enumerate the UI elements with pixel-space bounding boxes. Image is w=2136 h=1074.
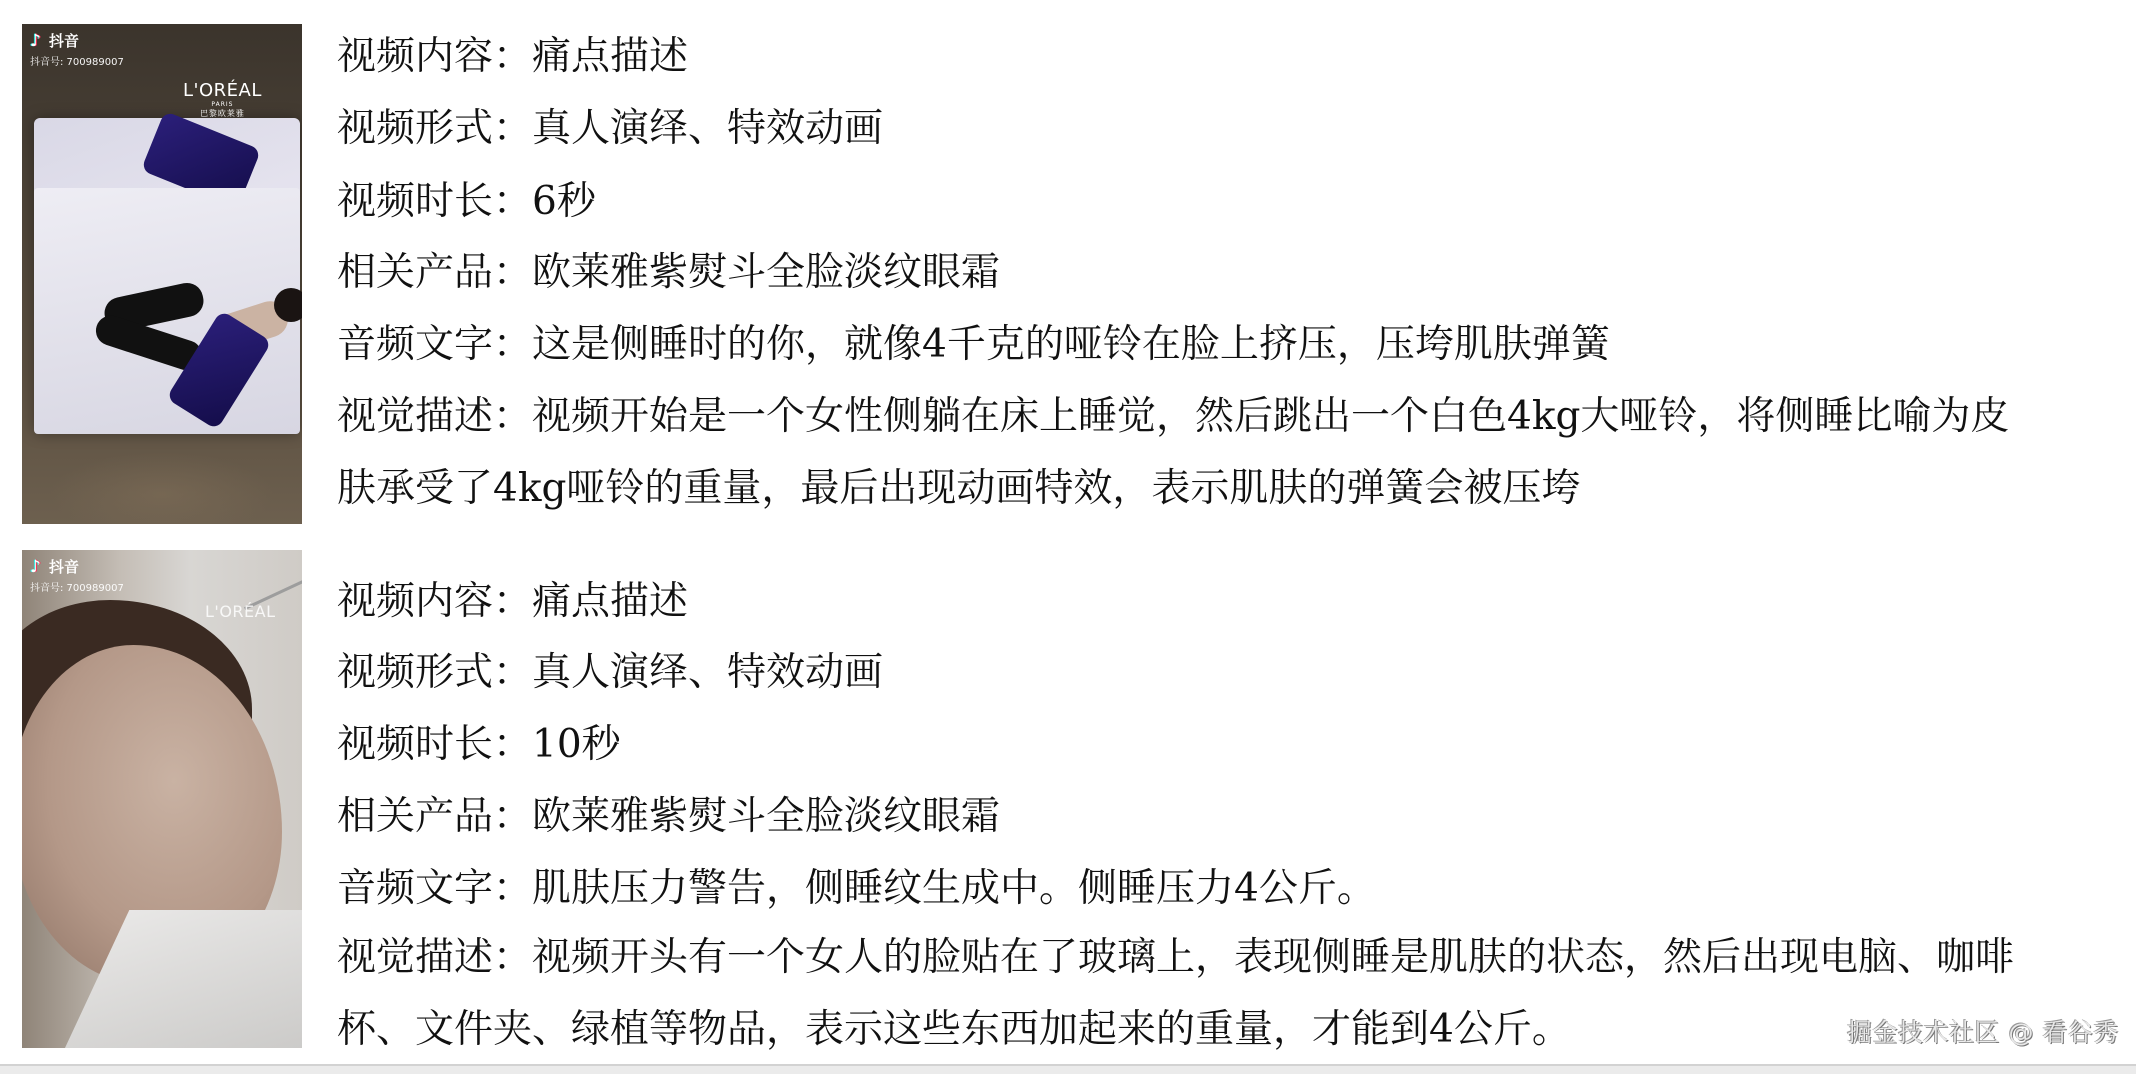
account-id: 抖音号: 700989007: [30, 53, 124, 68]
glass-pane: [227, 550, 302, 610]
related-product-line: 相关产品：欧莱雅紫熨斗全脸淡纹眼霜: [337, 793, 1000, 841]
visual-description-line: 视觉描述：视频开头有一个女人的脸贴在了玻璃上，表现侧睡是肌肤的状态，然后出现电脑…: [337, 934, 2014, 982]
video-duration-line: 视频时长：10秒: [337, 721, 621, 769]
douyin-watermark: ♪ 抖音 抖音号: 700989007: [30, 556, 124, 594]
music-note-icon: ♪: [30, 32, 46, 50]
audio-text-line: 音频文字：这是侧睡时的你，就像4千克的哑铃在脸上挤压，压垮肌肤弹簧: [337, 321, 1610, 369]
video-format-line: 视频形式：真人演绎、特效动画: [337, 649, 883, 697]
platform-name: 抖音: [49, 30, 79, 51]
related-product-line: 相关产品：欧莱雅紫熨斗全脸淡纹眼霜: [337, 249, 1000, 297]
music-note-icon: ♪: [30, 558, 46, 576]
video-duration-line: 视频时长：6秒: [337, 178, 596, 226]
platform-name: 抖音: [49, 556, 79, 577]
visual-description-continued: 肤承受了4kg哑铃的重量，最后出现动画特效，表示肌肤的弹簧会被压垮: [337, 465, 1580, 513]
video-content-line: 视频内容：痛点描述: [337, 33, 688, 81]
video-format-line: 视频形式：真人演绎、特效动画: [337, 105, 883, 153]
video-content-line: 视频内容：痛点描述: [337, 578, 688, 626]
site-watermark: 掘金技术社区 @ 看谷秀: [1847, 1013, 2119, 1049]
douyin-watermark: ♪ 抖音 抖音号: 700989007: [30, 30, 124, 68]
visual-description-continued: 杯、文件夹、绿植等物品，表示这些东西加起来的重量，才能到4公斤。: [337, 1006, 1571, 1054]
bed-illustration: [34, 118, 300, 434]
brand-name: L'ORÉAL: [205, 602, 276, 621]
brand-sub: PARIS: [183, 101, 262, 108]
visual-description-line: 视觉描述：视频开始是一个女性侧躺在床上睡觉，然后跳出一个白色4kg大哑铃，将侧睡…: [337, 393, 2009, 441]
figure-head: [274, 288, 302, 322]
video-thumbnail-woman-face[interactable]: ♪ 抖音 抖音号: 700989007 L'ORÉAL: [22, 550, 302, 1048]
brand-logo: L'ORÉAL PARIS 巴黎欧莱雅: [183, 80, 262, 119]
brand-name: L'ORÉAL: [183, 80, 262, 101]
account-id: 抖音号: 700989007: [30, 579, 124, 594]
audio-text-line: 音频文字：肌肤压力警告，侧睡纹生成中。侧睡压力4公斤。: [337, 865, 1376, 913]
video-thumbnail-sleeping-woman[interactable]: ♪ 抖音 抖音号: 700989007 L'ORÉAL PARIS 巴黎欧莱雅: [22, 24, 302, 524]
brand-cn: 巴黎欧莱雅: [183, 108, 262, 119]
bottom-scroll-bar[interactable]: [0, 1064, 2136, 1074]
brand-logo: L'ORÉAL: [205, 602, 276, 621]
